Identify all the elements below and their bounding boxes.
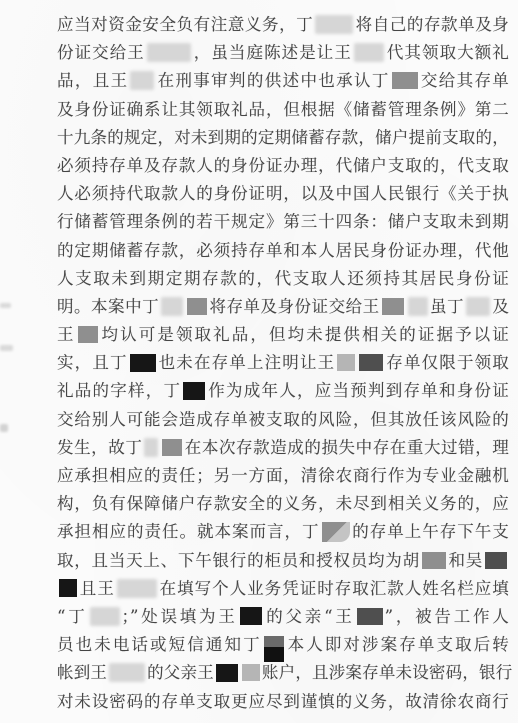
- text-line: 明。本案中丁将存单及身份证交给王虽丁及: [57, 293, 509, 321]
- text-line: 王均认可是领取礼品，但均未提供相关的证据予以证: [57, 321, 509, 349]
- text-line: 员也未电话或短信通知丁本人即对涉案存单支取后转: [57, 631, 509, 659]
- text-segment: 的父亲“王: [264, 607, 355, 626]
- scan-smudge: [0, 424, 8, 432]
- redaction-mark: [109, 663, 145, 682]
- text-segment: 将存单及身份证交给王: [209, 297, 380, 316]
- scan-smudge: [0, 303, 11, 308]
- text-segment: ；”处误填为王: [122, 607, 238, 626]
- redaction-mark: [357, 608, 383, 625]
- text-segment: 及: [492, 297, 509, 316]
- text-segment: 交给别人可能会造成存单被支取的风险，但其放任该风险的: [57, 410, 509, 429]
- text-segment: 明。本案中丁: [57, 297, 159, 316]
- redaction-mark: [78, 326, 98, 343]
- text-line: 十九条的规定，对未到期的定期储蓄存款，储户提前支取的，: [57, 124, 509, 152]
- text-segment: 发生，故丁: [57, 438, 142, 457]
- text-segment: 人支取未到期定期存款的，代支取人还须持其居民身份证: [57, 269, 509, 288]
- text-segment: 礼品的字样，丁: [57, 381, 181, 400]
- text-segment: 取，且当天上、下午银行的柜员和授权员均为胡: [57, 551, 420, 570]
- redaction-mark: [130, 354, 156, 372]
- text-line: 应当对资金安全负有注意义务，丁将自己的存款单及身: [57, 11, 509, 39]
- text-line: 人必须持代取款人的身份证明，以及中国人民银行《关于执: [57, 180, 509, 208]
- text-segment: 交给其存单: [420, 71, 509, 90]
- text-line: 帐到王的父亲王账户，且涉案存单未设密码，银行: [57, 659, 509, 687]
- redaction-mark: [408, 297, 428, 316]
- text-segment: 应当对资金安全负有注意义务，丁: [57, 15, 313, 34]
- text-segment: 在填写个人业务凭证时存取汇款人姓名栏应填: [159, 579, 509, 598]
- text-segment: 在刑事审判的供述中也承认丁: [156, 71, 389, 90]
- text-line: 承担相应的责任。就本案而言，丁的存单上午存下午支: [57, 518, 509, 546]
- text-segment: 承担相应的责任。就本案而言，丁: [57, 522, 320, 541]
- redaction-mark: [216, 664, 238, 682]
- text-segment: 和吴: [448, 551, 483, 570]
- text-segment: 必须持存单及存款人的身份证办理，代储户支取的，代支取: [57, 156, 509, 175]
- scan-smudge: [0, 345, 13, 351]
- redaction-mark: [485, 552, 507, 569]
- text-line: 人支取未到期定期存款的，代支取人还须持其居民身份证: [57, 265, 509, 293]
- text-segment: ”，被告工作人: [385, 607, 509, 626]
- text-segment: 作为成年人，应当预判到存单和身份证: [207, 381, 509, 400]
- text-line: 及身份证确系让其领取礼品，但根据《储蓄管理条例》第二: [57, 96, 509, 124]
- text-segment: 份证交给王: [57, 43, 145, 62]
- text-segment: 品，且王: [57, 71, 128, 90]
- redaction-mark: [161, 297, 183, 316]
- redaction-mark: [187, 298, 207, 315]
- redaction-mark: [240, 607, 262, 625]
- text-segment: 帐到王: [57, 663, 107, 682]
- text-line: 礼品的字样，丁作为成年人，应当预判到存单和身份证: [57, 377, 509, 405]
- text-line: 对未设密码的存单支取更应尽到谨慎的义务，故清徐农商行: [57, 688, 509, 716]
- text-segment: 在本次存款造成的损失中存在重大过错，理: [184, 438, 509, 457]
- text-line: 构，负有保障储户存款安全的义务，未尽到相关义务的，应: [57, 490, 509, 518]
- text-segment: 存单仅限于领取: [385, 353, 509, 372]
- text-segment: 十九条的规定，对未到期的定期储蓄存款，储户提前支取的，: [57, 128, 509, 147]
- text-line: 行储蓄管理条例的若干规定》第三十四条：储户支取未到期: [57, 208, 509, 236]
- text-segment: ，虽当庭陈述是让王: [193, 43, 352, 62]
- text-segment: 员也未电话或短信通知丁: [57, 635, 262, 654]
- text-line: 且王在填写个人业务凭证时存取汇款人姓名栏应填: [57, 575, 509, 603]
- text-line: 必须持存单及存款人的身份证办理，代储户支取的，代支取: [57, 152, 509, 180]
- text-segment: 实，且丁: [57, 353, 128, 372]
- redaction-mark: [130, 71, 154, 90]
- text-segment: 的存单上午存下午支: [352, 522, 510, 541]
- text-segment: 的定期储蓄存款，必须持存单和本人居民身份证办理，代他: [57, 241, 509, 260]
- text-segment: 对未设密码的存单支取更应尽到谨慎的义务，故清徐农商行: [57, 692, 509, 711]
- text-segment: 均认可是领取礼品，但均未提供相关的证据予以证: [100, 325, 509, 344]
- scanned-document-page: 应当对资金安全负有注意义务，丁将自己的存款单及身份证交给王，虽当庭陈述是让王代其…: [0, 0, 518, 723]
- text-segment: 人必须持代取款人的身份证明，以及中国人民银行《关于执: [57, 184, 509, 203]
- document-text-block: 应当对资金安全负有注意义务，丁将自己的存款单及身份证交给王，虽当庭陈述是让王代其…: [57, 11, 509, 716]
- text-segment: 代其领取大额礼: [386, 43, 509, 62]
- text-segment: 虽丁: [430, 297, 464, 316]
- redaction-mark: [315, 15, 353, 34]
- redaction-mark: [147, 43, 191, 62]
- text-segment: 也未在存单上注明让王: [158, 353, 336, 372]
- text-segment: 账户，且涉案存单未设密码，银行: [262, 663, 513, 682]
- text-line: 交给别人可能会造成存单被支取的风险，但其放任该风险的: [57, 406, 509, 434]
- text-segment: 行储蓄管理条例的若干规定》第三十四条：储户支取未到期: [57, 212, 509, 231]
- text-segment: 的父亲王: [147, 663, 214, 682]
- text-segment: 且王: [79, 579, 115, 598]
- redaction-mark: [117, 579, 157, 598]
- text-line: 品，且王在刑事审判的供述中也承认丁交给其存单: [57, 67, 509, 95]
- text-segment: 应承担相应的责任；另一方面，清徐农商行作为专业金融机: [57, 466, 509, 485]
- redaction-mark: [466, 297, 490, 316]
- redaction-mark: [59, 579, 77, 597]
- text-line: “丁；”处误填为王的父亲“王”，被告工作人: [57, 603, 509, 631]
- text-line: 应承担相应的责任；另一方面，清徐农商行作为专业金融机: [57, 462, 509, 490]
- text-segment: “丁: [57, 607, 88, 626]
- text-segment: 将自己的存款单及身: [355, 15, 509, 34]
- redaction-mark: [183, 382, 205, 400]
- redaction-mark: [322, 522, 350, 542]
- redaction-mark: [264, 636, 284, 662]
- redaction-mark: [337, 354, 355, 371]
- text-segment: 本人即对涉案存单支取后转: [286, 635, 509, 654]
- redaction-mark: [242, 664, 260, 681]
- redaction-mark: [382, 298, 404, 315]
- redaction-mark: [354, 43, 384, 62]
- text-line: 的定期储蓄存款，必须持存单和本人居民身份证办理，代他: [57, 237, 509, 265]
- text-line: 份证交给王，虽当庭陈述是让王代其领取大额礼: [57, 39, 509, 67]
- text-segment: 构，负有保障储户存款安全的义务，未尽到相关义务的，应: [57, 494, 509, 513]
- redaction-mark: [144, 438, 158, 457]
- text-segment: 及身份证确系让其领取礼品，但根据《储蓄管理条例》第二: [57, 100, 509, 119]
- redaction-mark: [90, 607, 120, 626]
- redaction-mark: [392, 72, 418, 89]
- text-segment: 王: [57, 325, 76, 344]
- redaction-mark: [162, 439, 182, 456]
- text-line: 取，且当天上、下午银行的柜员和授权员均为胡和吴: [57, 547, 509, 575]
- redaction-mark: [422, 552, 446, 569]
- text-line: 实，且丁也未在存单上注明让王存单仅限于领取: [57, 349, 509, 377]
- text-line: 发生，故丁在本次存款造成的损失中存在重大过错，理: [57, 434, 509, 462]
- redaction-mark: [359, 354, 383, 371]
